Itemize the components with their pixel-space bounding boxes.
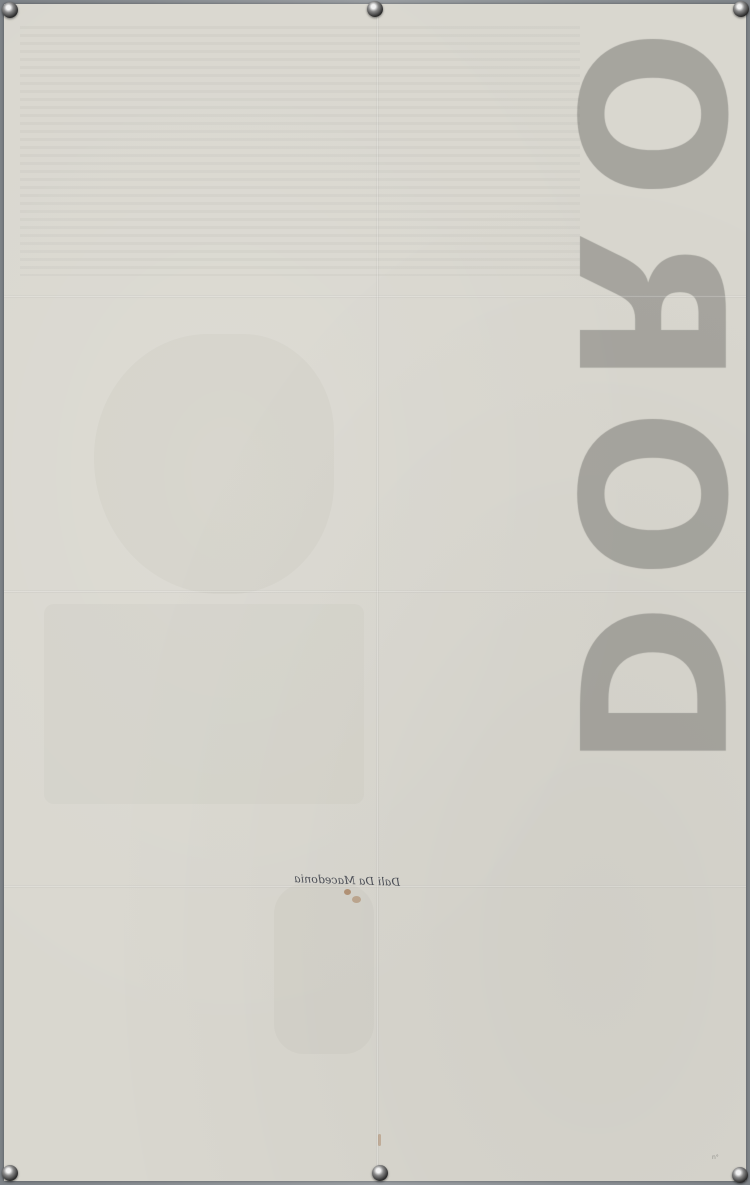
thumbtack-icon <box>732 1167 748 1183</box>
fold-line-vertical <box>376 4 379 1181</box>
bleed-through-title-letters: O R O D <box>568 24 728 804</box>
bleed-through-figure-lower <box>44 604 364 804</box>
thumbtack-icon <box>372 1165 388 1181</box>
bleed-through-shape-bottom <box>274 884 374 1054</box>
edge-mark: n° <box>712 1154 719 1161</box>
stain-spot <box>352 896 361 903</box>
bleed-letter: O <box>553 419 743 579</box>
bleed-letter: R <box>553 229 743 389</box>
thumbtack-icon <box>367 1 383 17</box>
stain-spot <box>378 1134 381 1146</box>
bleed-letter: O <box>553 39 743 199</box>
bleed-through-figure <box>94 334 334 594</box>
fold-line-horizontal <box>4 590 746 593</box>
thumbtack-icon <box>2 2 18 18</box>
bleed-through-text-block <box>20 26 580 276</box>
stain-spot <box>344 889 351 895</box>
thumbtack-icon <box>2 1165 18 1181</box>
thumbtack-icon <box>733 1 749 17</box>
poster-back: O R O D Dali Da Macedonia n° <box>4 4 746 1181</box>
bleed-letter: D <box>553 609 743 769</box>
fold-line-horizontal <box>4 295 746 298</box>
